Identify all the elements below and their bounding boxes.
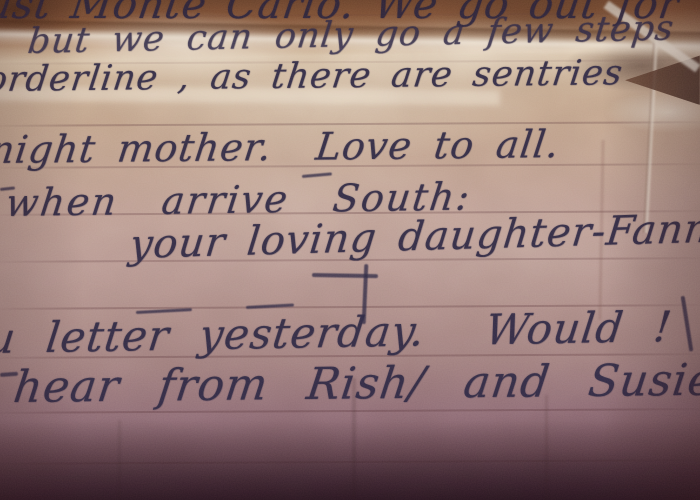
letter-photograph: ast Monte Carlo. We go out for but we ca… bbox=[0, 0, 700, 500]
vertical-crease-bottom-3 bbox=[118, 420, 121, 500]
ink-underline-loving bbox=[312, 273, 378, 278]
vertical-crease-right bbox=[643, 38, 659, 233]
handwriting-line-4: night mother. Love to all. bbox=[0, 122, 562, 172]
handwriting-line-8: hear from Rish/ and Susie bbox=[11, 355, 700, 413]
vertical-crease-bottom-2 bbox=[545, 395, 548, 500]
handwriting-line-3: orderline , as there are sentries bbox=[0, 53, 625, 100]
ruled-line bbox=[0, 459, 700, 465]
